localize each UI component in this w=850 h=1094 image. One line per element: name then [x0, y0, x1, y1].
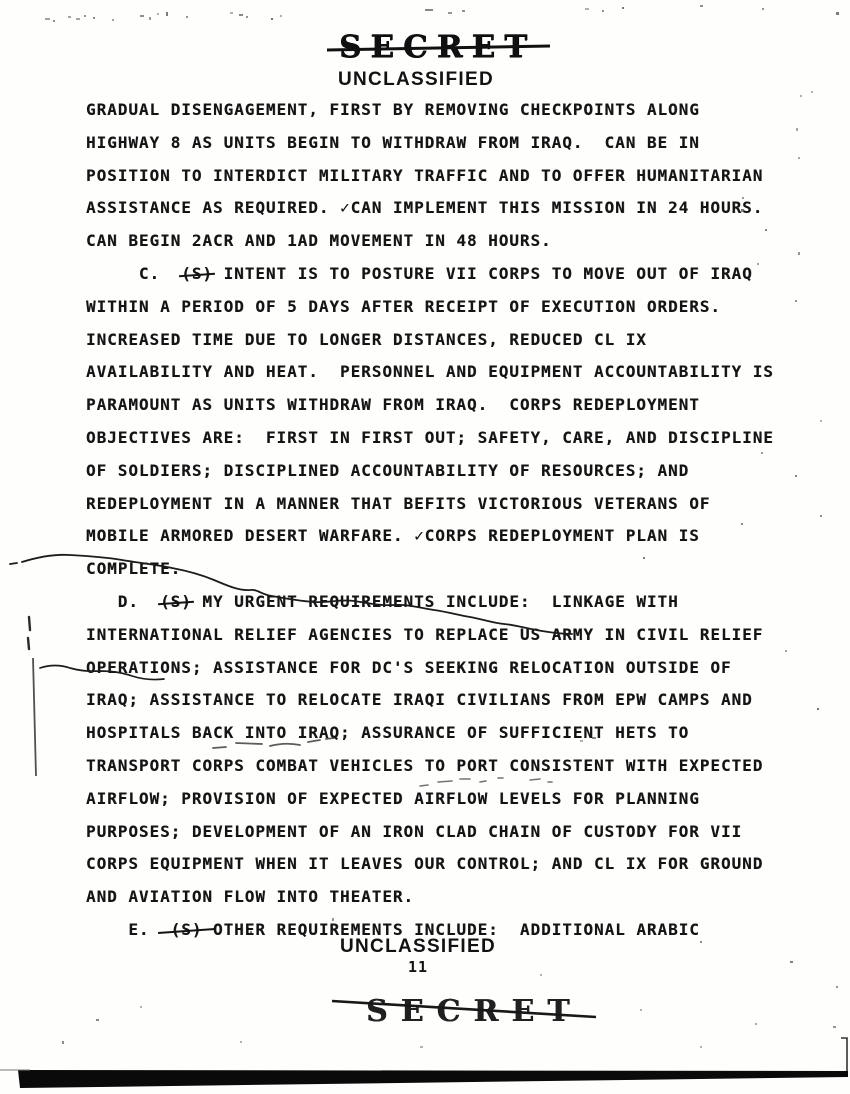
scan-speck — [800, 95, 802, 97]
body-line: GRADUAL DISENGAGEMENT, FIRST BY REMOVING… — [86, 94, 810, 127]
scan-speck — [420, 1046, 423, 1048]
scan-speck — [700, 5, 703, 7]
scan-speck — [149, 17, 151, 20]
scan-speck — [140, 15, 144, 17]
body-text-segment: AVAILABILITY AND HEAT. PERSONNEL AND EQU… — [86, 362, 774, 381]
body-line: INTERNATIONAL RELIEF AGENCIES TO REPLACE… — [86, 619, 810, 652]
scan-speck — [755, 1023, 757, 1025]
scan-speck — [240, 1041, 242, 1043]
body-line: TRANSPORT CORPS COMBAT VEHICLES TO PORT … — [86, 750, 810, 783]
scan-speck — [96, 1019, 99, 1021]
body-line: MOBILE ARMORED DESERT WARFARE. ✓CORPS RE… — [86, 520, 810, 553]
body-line: AIRFLOW; PROVISION OF EXPECTED AIRFLOW L… — [86, 783, 810, 816]
body-line: REDEPLOYMENT IN A MANNER THAT BEFITS VIC… — [86, 488, 810, 521]
body-text-segment: COMPLETE. — [86, 559, 181, 578]
struck-classification-marking: (S) — [181, 264, 213, 283]
body-text-segment: INCREASED TIME DUE TO LONGER DISTANCES, … — [86, 330, 647, 349]
scan-speck — [68, 16, 71, 18]
document-body: GRADUAL DISENGAGEMENT, FIRST BY REMOVING… — [86, 94, 810, 947]
scan-speck — [798, 252, 800, 255]
body-text-segment: OBJECTIVES ARE: FIRST IN FIRST OUT; SAFE… — [86, 428, 774, 447]
scan-speck — [448, 12, 452, 14]
scan-speck — [820, 515, 822, 517]
scan-speck — [280, 15, 282, 17]
scan-speck — [540, 974, 542, 976]
top-secret-stamp: SECRET — [339, 29, 536, 65]
body-text-segment: HOSPITALS BACK INTO IRAQ; ASSURANCE OF S… — [86, 723, 689, 742]
scan-speck — [425, 9, 433, 11]
scan-speck — [700, 1046, 702, 1048]
document-page: SECRET UNCLASSIFIED GRADUAL DISENGAGEMEN… — [0, 0, 850, 1094]
body-line: OF SOLDIERS; DISCIPLINED ACCOUNTABILITY … — [86, 455, 810, 488]
scan-speck — [795, 475, 797, 477]
scan-speck — [757, 263, 759, 265]
scan-speck — [817, 708, 819, 710]
page-number: 11 — [0, 958, 836, 976]
body-text-segment: INTENT IS TO POSTURE VII CORPS TO MOVE O… — [213, 264, 753, 283]
body-text-segment: C. — [86, 264, 181, 283]
body-line: ASSISTANCE AS REQUIRED. ✓CAN IMPLEMENT T… — [86, 192, 810, 225]
scan-speck — [53, 20, 55, 22]
body-line: HOSPITALS BACK INTO IRAQ; ASSURANCE OF S… — [86, 717, 810, 750]
scan-speck — [332, 918, 334, 921]
scan-speck — [93, 17, 95, 19]
body-line: WITHIN A PERIOD OF 5 DAYS AFTER RECEIPT … — [86, 291, 810, 324]
scan-speck — [640, 1009, 642, 1011]
body-text-segment: OF SOLDIERS; DISCIPLINED ACCOUNTABILITY … — [86, 461, 689, 480]
body-line: OBJECTIVES ARE: FIRST IN FIRST OUT; SAFE… — [86, 422, 810, 455]
bottom-unclassified-stamp: UNCLASSIFIED — [0, 936, 836, 958]
body-text-segment: MOBILE ARMORED DESERT WARFARE. ✓CORPS RE… — [86, 526, 700, 545]
scan-speck — [112, 19, 114, 21]
scan-speck — [76, 18, 80, 20]
scan-speck — [45, 18, 50, 20]
body-line: AND AVIATION FLOW INTO THEATER. — [86, 881, 810, 914]
body-text-segment: PARAMOUNT AS UNITS WITHDRAW FROM IRAQ. C… — [86, 395, 700, 414]
scan-speck — [622, 7, 624, 9]
scan-speck — [833, 1026, 836, 1028]
top-unclassified-stamp: UNCLASSIFIED — [0, 69, 832, 91]
scan-speck — [239, 14, 243, 16]
margin-tick-marks — [28, 617, 30, 649]
corner-bracket-mark — [841, 1038, 847, 1071]
scan-speck — [62, 1041, 64, 1044]
scan-speck — [700, 941, 702, 943]
scan-speck — [741, 209, 744, 212]
scan-speck — [811, 91, 813, 93]
body-line: COMPLETE. — [86, 553, 810, 586]
body-text-segment: AND AVIATION FLOW INTO THEATER. — [86, 887, 414, 906]
body-line: IRAQ; ASSISTANCE TO RELOCATE IRAQI CIVIL… — [86, 684, 810, 717]
body-line: C. (S) INTENT IS TO POSTURE VII CORPS TO… — [86, 258, 810, 291]
scan-speck — [798, 157, 800, 159]
scan-speck — [790, 961, 793, 963]
body-line: CAN BEGIN 2ACR AND 1AD MOVEMENT IN 48 HO… — [86, 225, 810, 258]
body-text-segment: MY URGENT REQUIREMENTS INCLUDE: LINKAGE … — [192, 592, 679, 611]
body-text-segment: AIRFLOW; PROVISION OF EXPECTED AIRFLOW L… — [86, 789, 700, 808]
body-text-segment: OPERATIONS; ASSISTANCE FOR DC'S SEEKING … — [86, 658, 732, 677]
scan-speck — [765, 229, 767, 231]
body-text-segment: GRADUAL DISENGAGEMENT, FIRST BY REMOVING… — [86, 100, 700, 119]
body-line: PURPOSES; DEVELOPMENT OF AN IRON CLAD CH… — [86, 816, 810, 849]
scan-speck — [250, 931, 252, 933]
body-text-segment: POSITION TO INTERDICT MILITARY TRAFFIC A… — [86, 166, 763, 185]
scan-speck — [795, 300, 797, 302]
body-line: OPERATIONS; ASSISTANCE FOR DC'S SEEKING … — [86, 652, 810, 685]
scan-speck — [140, 1006, 142, 1008]
body-text-segment: WITHIN A PERIOD OF 5 DAYS AFTER RECEIPT … — [86, 297, 721, 316]
scan-speck — [643, 557, 645, 559]
body-text-segment: ASSISTANCE AS REQUIRED. ✓CAN IMPLEMENT T… — [86, 198, 763, 217]
scan-speck — [820, 420, 822, 422]
body-line: POSITION TO INTERDICT MILITARY TRAFFIC A… — [86, 160, 810, 193]
scan-speck — [246, 16, 248, 18]
margin-vertical-line — [33, 658, 36, 776]
body-line: CORPS EQUIPMENT WHEN IT LEAVES OUR CONTR… — [86, 848, 810, 881]
body-text-segment: IRAQ; ASSISTANCE TO RELOCATE IRAQI CIVIL… — [86, 690, 753, 709]
scan-speck — [761, 452, 763, 454]
body-line: INCREASED TIME DUE TO LONGER DISTANCES, … — [86, 324, 810, 357]
body-line: HIGHWAY 8 AS UNITS BEGIN TO WITHDRAW FRO… — [86, 127, 810, 160]
body-text-segment: CORPS EQUIPMENT WHEN IT LEAVES OUR CONTR… — [86, 854, 763, 873]
body-text-segment: PURPOSES; DEVELOPMENT OF AN IRON CLAD CH… — [86, 822, 742, 841]
body-line: PARAMOUNT AS UNITS WITHDRAW FROM IRAQ. C… — [86, 389, 810, 422]
scan-speck — [166, 12, 168, 16]
body-line: AVAILABILITY AND HEAT. PERSONNEL AND EQU… — [86, 356, 810, 389]
scan-speck — [186, 16, 188, 18]
scan-speck — [585, 8, 589, 10]
struck-classification-marking: (S) — [160, 592, 192, 611]
scan-speck — [462, 10, 465, 12]
scan-speck — [762, 8, 764, 10]
scan-speck — [602, 10, 604, 12]
scan-speck — [592, 737, 596, 739]
scan-speck — [742, 197, 744, 199]
body-text-segment: TRANSPORT CORPS COMBAT VEHICLES TO PORT … — [86, 756, 763, 775]
scan-speck — [785, 650, 787, 652]
body-text-segment: REDEPLOYMENT IN A MANNER THAT BEFITS VIC… — [86, 494, 710, 513]
scan-speck — [271, 18, 273, 20]
body-text-segment: HIGHWAY 8 AS UNITS BEGIN TO WITHDRAW FRO… — [86, 133, 700, 152]
redaction-bar — [18, 1070, 848, 1088]
body-text-segment: D. — [86, 592, 160, 611]
scan-speck — [836, 12, 839, 15]
scan-speck — [836, 986, 838, 988]
body-line: D. (S) MY URGENT REQUIREMENTS INCLUDE: L… — [86, 586, 810, 619]
scan-speck — [84, 15, 86, 17]
scan-speck — [741, 523, 743, 525]
scan-speck — [157, 13, 159, 15]
scan-speck — [796, 128, 798, 131]
body-text-segment: CAN BEGIN 2ACR AND 1AD MOVEMENT IN 48 HO… — [86, 231, 552, 250]
scan-speck — [580, 740, 583, 742]
scan-speck — [230, 12, 233, 14]
body-text-segment: INTERNATIONAL RELIEF AGENCIES TO REPLACE… — [86, 625, 763, 644]
bottom-secret-stamp: SECRET — [366, 994, 583, 1029]
